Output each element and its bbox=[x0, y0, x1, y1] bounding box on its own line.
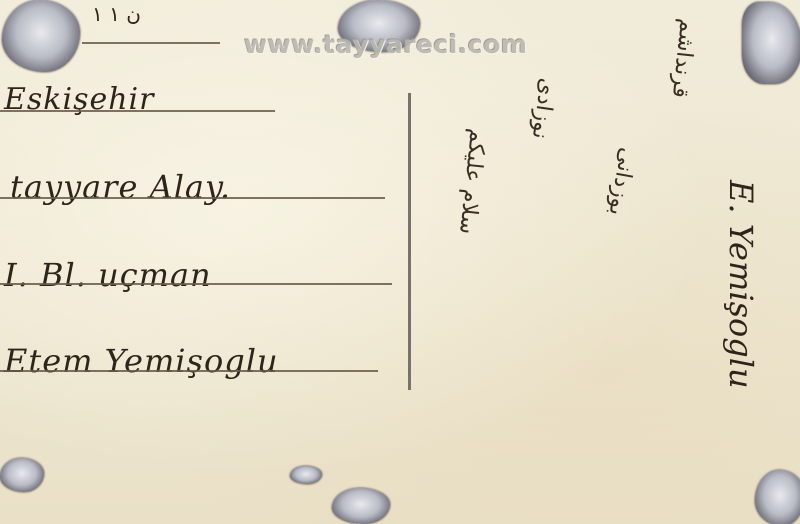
address-line-city: Eskişehir bbox=[4, 82, 154, 117]
stain-bottom-center bbox=[332, 488, 390, 524]
message-column-4: قرنداشم bbox=[667, 17, 700, 99]
signature: E. Yemişoglu bbox=[722, 180, 760, 389]
stain-bottom-left bbox=[0, 458, 44, 492]
address-rule-5 bbox=[0, 370, 378, 372]
address-rule-4 bbox=[0, 283, 392, 285]
watermark-text: www.tayyareci.com bbox=[244, 30, 527, 59]
address-line-unit: tayyare Alay. bbox=[10, 168, 231, 206]
stain-bottom-center-small bbox=[290, 466, 322, 484]
postcard-back: www.tayyareci.com ن ١ ١ Eskişehir tayyar… bbox=[0, 0, 800, 524]
address-line-name: Etem Yemişoglu bbox=[4, 342, 279, 380]
top-mark: ن ١ ١ bbox=[92, 2, 141, 26]
address-rule-3 bbox=[0, 197, 385, 199]
address-rule-2 bbox=[0, 110, 275, 112]
address-line-rank: I. Bl. uçman bbox=[4, 256, 212, 294]
message-column-3: بوزدانی bbox=[603, 146, 640, 218]
stain-top-left bbox=[2, 0, 80, 72]
stain-bottom-right bbox=[755, 470, 800, 524]
message-column-1: سلام علیکم bbox=[454, 127, 490, 235]
address-rule-1 bbox=[82, 42, 220, 44]
stain-top-right bbox=[742, 2, 800, 84]
message-column-2: نوزادی bbox=[527, 77, 560, 141]
postcard-divider-line bbox=[408, 93, 411, 390]
